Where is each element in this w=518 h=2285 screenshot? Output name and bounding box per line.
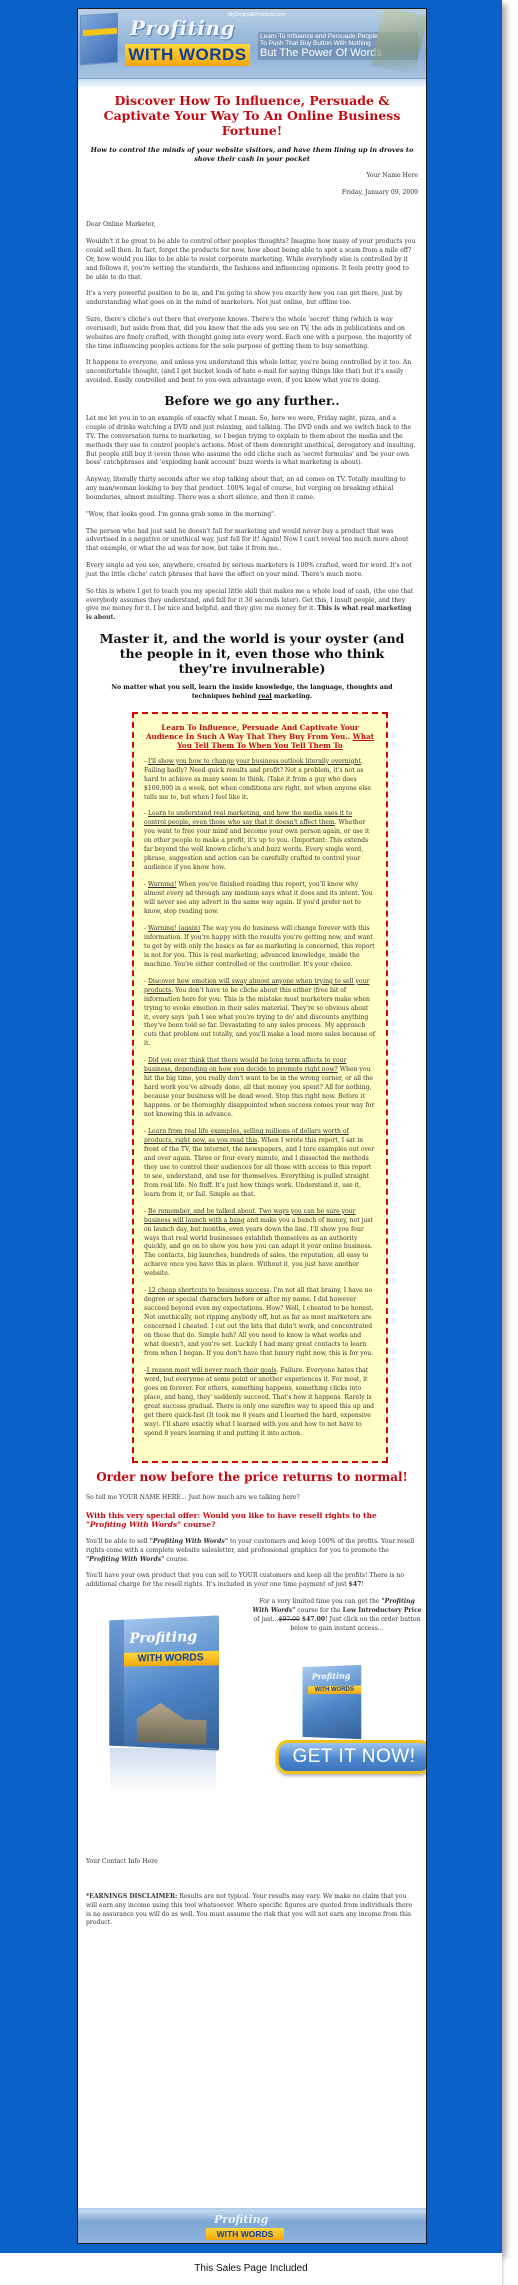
benefit-item: - Learn to understand real marketing, an… <box>144 810 376 873</box>
logo-band: WITH WORDS <box>125 44 250 66</box>
benefit-item: - Warning! (again) The way you do busine… <box>144 925 376 970</box>
price-question: So tell me YOUR NAME HERE... Just how mu… <box>86 1494 418 1503</box>
caption: This Sales Page Included <box>0 2253 502 2285</box>
section-subheading: No matter what you sell, learn the insid… <box>92 684 412 702</box>
sales-page: MyOriginalEProducts.com Profiting WITH W… <box>77 8 427 2244</box>
contact-info: Your Contact Info Here <box>86 1858 418 1867</box>
offer-text: For a very limited time you can get the … <box>251 1598 423 1633</box>
author-name: Your Name Here <box>86 172 418 181</box>
benefit-item: - I'll show you how to change your busin… <box>144 758 376 803</box>
header-banner: MyOriginalEProducts.com Profiting WITH W… <box>78 9 426 79</box>
intro-paragraph: It's a very powerful position to be in, … <box>86 290 418 308</box>
story-paragraph: "Wow, that looks good. I'm gonna grab so… <box>86 511 418 520</box>
benefits-box: Learn To Influence, Persuade And Captiva… <box>132 712 388 1463</box>
order-heading: Order now before the price returns to no… <box>82 1470 422 1484</box>
earnings-disclaimer: *EARNINGS DISCLAIMER: Results are not ty… <box>86 1893 418 1928</box>
resell-paragraph: You'll be able to sell "Profiting With W… <box>86 1538 418 1564</box>
story-paragraph: The person who had just said he doesn't … <box>86 528 418 554</box>
benefit-item: - 12 cheap shortcuts to business success… <box>144 1287 376 1359</box>
intro-paragraph: Wouldn't it be great to be able to contr… <box>86 238 418 282</box>
footer-logo-script: Profiting <box>214 2213 268 2226</box>
resell-paragraph: You'll have your own product that you ca… <box>86 1572 418 1590</box>
story-paragraph: Anyway, literally thirty seconds after w… <box>86 476 418 502</box>
new-price: $47.00 <box>302 1616 325 1623</box>
benefit-item: -1 reason most will never reach their go… <box>144 1367 376 1439</box>
old-price: $97.00 <box>279 1616 300 1623</box>
header-strip <box>78 79 426 87</box>
benefit-item: - Discover how emotion will sway almost … <box>144 978 376 1050</box>
get-it-now-button[interactable]: GET IT NOW! <box>276 1740 427 1774</box>
site-url: MyOriginalEProducts.com <box>228 12 286 18</box>
benefit-item: - Be remember, and be talked about. Two … <box>144 1208 376 1280</box>
subheadline: How to control the minds of your website… <box>90 146 414 164</box>
letter-date: Friday, January 09, 2009 <box>86 189 418 198</box>
story-paragraph: So this is where I get to teach you my s… <box>86 588 418 623</box>
logo-script: Profiting <box>130 16 235 40</box>
footer-logo-band: WITH WORDS <box>206 2228 284 2240</box>
letter-content: Discover How To Influence, Persuade & Ca… <box>78 93 426 1928</box>
resell-heading: With this very special offer: Would you … <box>86 1511 418 1530</box>
salutation: Dear Online Marketer, <box>86 221 418 230</box>
blue-frame: MyOriginalEProducts.com Profiting WITH W… <box>0 0 502 2253</box>
intro-paragraph: Sure, there's cliche's out there that ev… <box>86 316 418 351</box>
offer-section: Profiting WITH WORDS For a very limited … <box>86 1598 418 1828</box>
ebook-cover-large: Profiting WITH WORDS <box>109 1616 219 1751</box>
footer-banner: Profiting WITH WORDS <box>78 2208 426 2243</box>
section-heading: Before we go any further.. <box>86 394 418 408</box>
benefit-item: - Did you ever think that there would be… <box>144 1057 376 1120</box>
money-image <box>371 8 427 75</box>
benefits-title: Learn To Influence, Persuade And Captiva… <box>144 723 376 750</box>
section-heading: Master it, and the world is your oyster … <box>94 631 410 677</box>
main-headline: Discover How To Influence, Persuade & Ca… <box>96 93 408 138</box>
ebook-cover-icon <box>80 13 118 66</box>
story-paragraph: Every single ad you see, anywhere, creat… <box>86 562 418 580</box>
story-paragraph: Let me let you in to an example of exact… <box>86 415 418 468</box>
house-image <box>137 1703 206 1745</box>
ebook-cover-small: Profiting WITH WORDS <box>303 1665 362 1739</box>
benefit-item: - Warning! When you've finished reading … <box>144 881 376 917</box>
intro-paragraph: It happens to everyone, and unless you u… <box>86 359 418 385</box>
benefit-item: - Learn from real life examples, selling… <box>144 1128 376 1200</box>
